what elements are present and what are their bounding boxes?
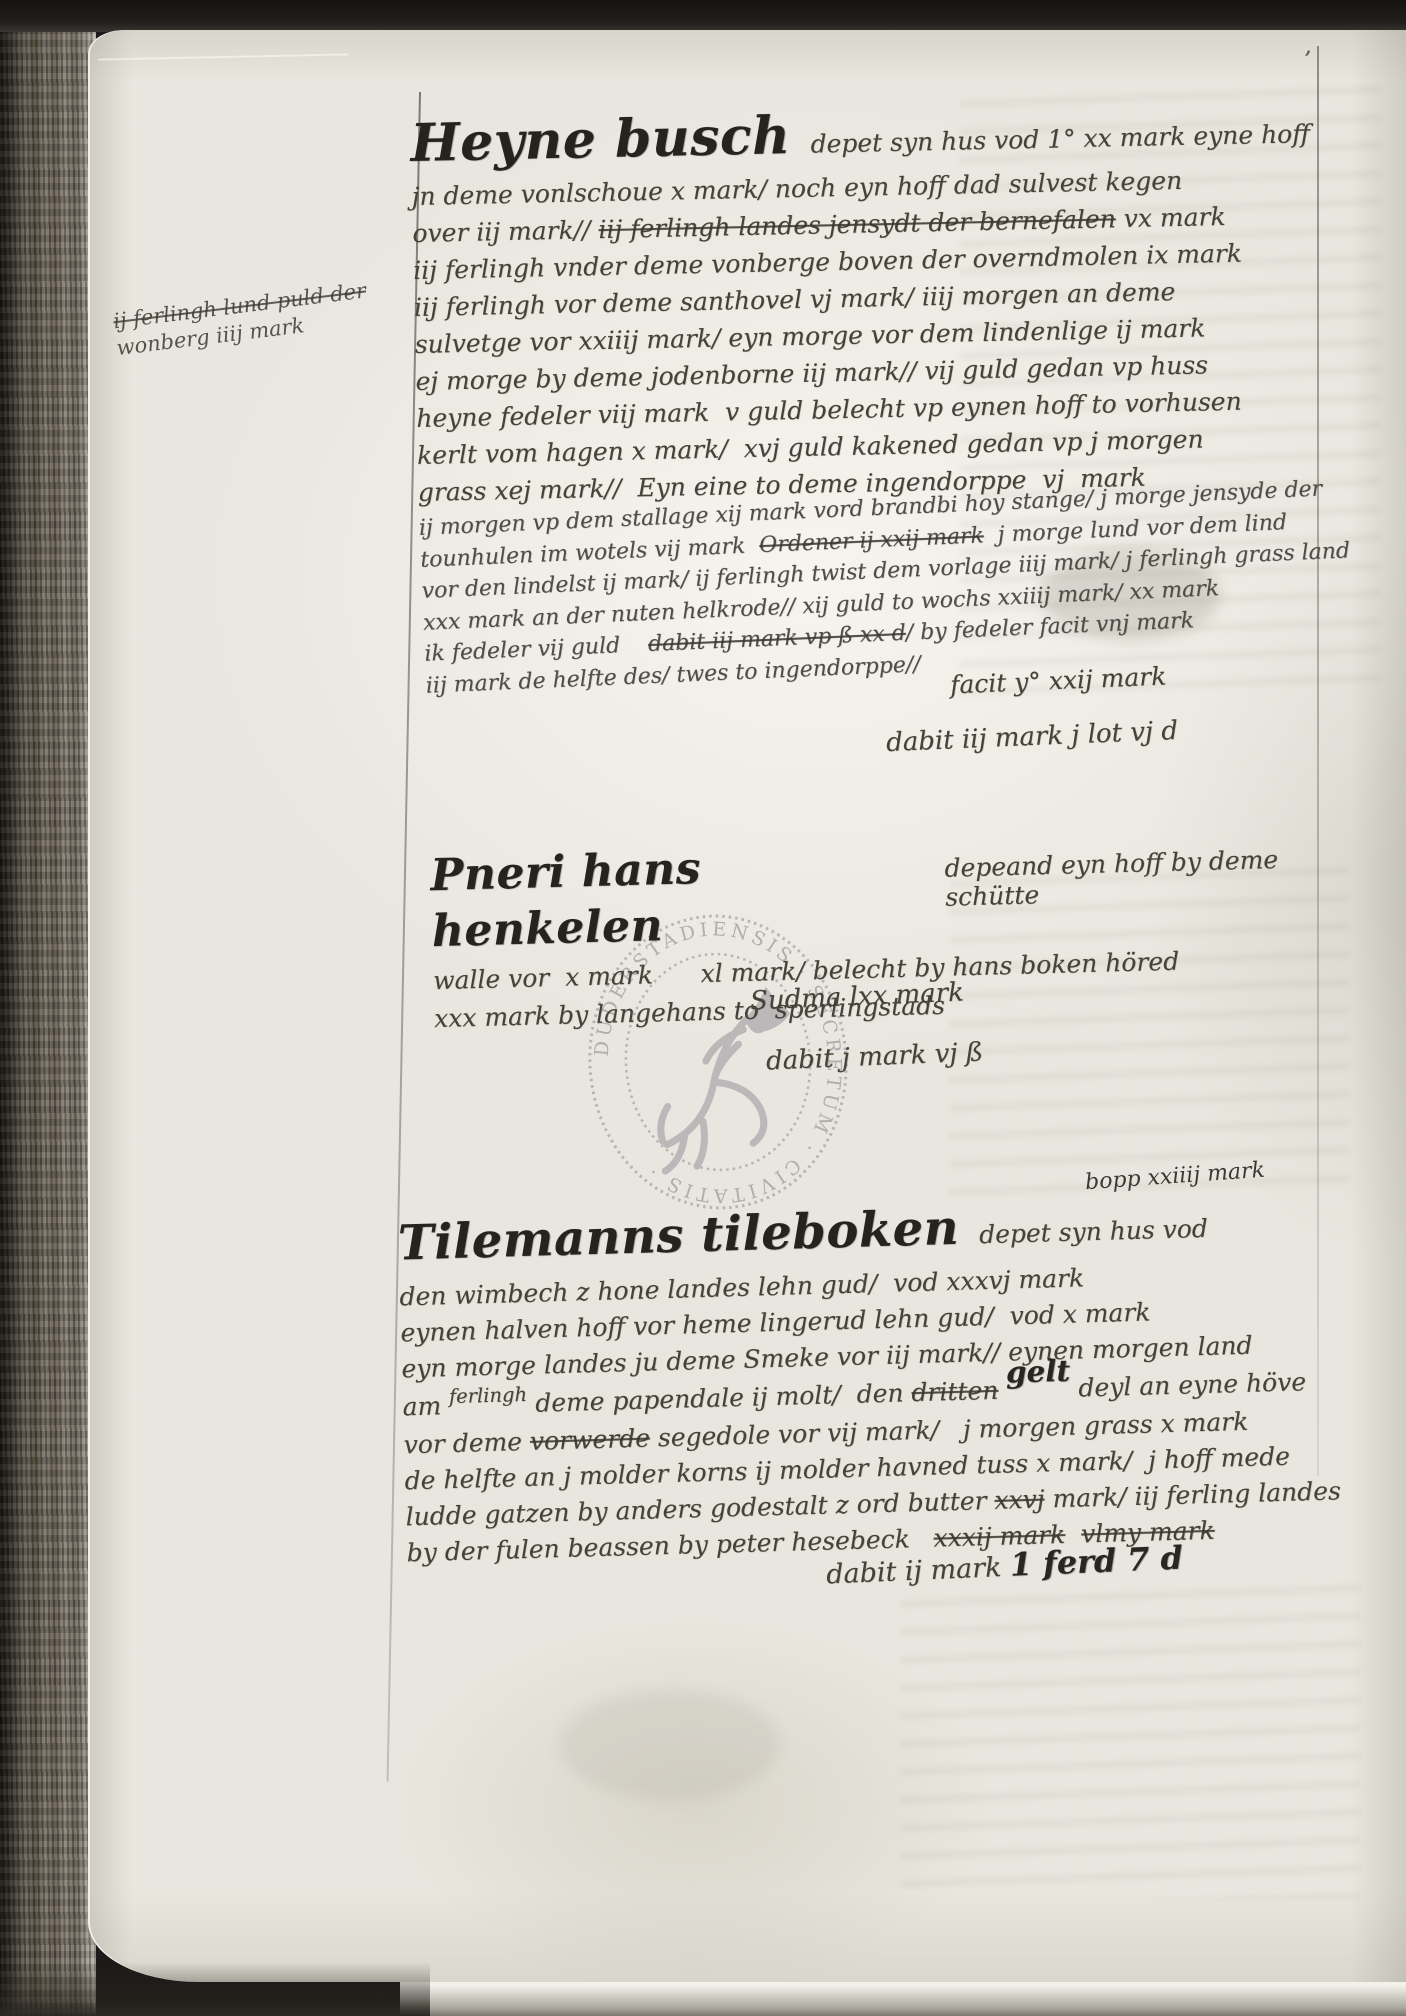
text-segment: mark/ iij ferling landes <box>1044 1476 1341 1513</box>
entry-heading-continuation: depet syn hus vod 1° xx mark eyne hoff <box>810 119 1310 158</box>
scan-bed-top <box>0 0 1406 32</box>
dabit-amount-bold: 1 ferd 7 d <box>1009 1539 1183 1584</box>
text-segment: over iij mark// <box>412 215 599 248</box>
text-segment: xxvj <box>994 1485 1045 1515</box>
entry-heading: Heyne busch <box>410 106 791 174</box>
text-segment: am <box>402 1391 449 1421</box>
entry-heading-continuation: depeand eyn hoff by deme schütte <box>944 843 1361 912</box>
text-segment: vorwerde <box>530 1424 651 1456</box>
manuscript-scan: DUDERSTADIENSIS · SECRETUM · CIVITATIS ·… <box>0 0 1406 2016</box>
text-segment: vor deme <box>403 1427 530 1460</box>
entry-tilemann-tileboken: Tilemanns tileboken depet syn hus vod de… <box>397 1187 1367 1572</box>
text-segment: deyl an eyne höve <box>1070 1367 1306 1403</box>
entry-heading-continuation: depet syn hus vod <box>979 1214 1208 1249</box>
corner-tick-mark: ’ <box>1304 48 1311 73</box>
book-binding-page-edges <box>0 0 96 2016</box>
entry-body-small-script: ij morgen vp dem stallage xij mark vord … <box>418 471 1377 701</box>
binding-bottom-shadow <box>0 1962 430 2016</box>
text-segment: vx mark <box>1115 202 1225 233</box>
entry-heading: Pneri hans henkelen <box>430 835 927 960</box>
text-segment: dritten <box>911 1376 999 1407</box>
bottom-page-stack-edge <box>400 1982 1406 2016</box>
text-segment: deme papendale ij molt/ den <box>527 1378 912 1418</box>
ink-bleed-through <box>900 1580 1360 1900</box>
entry-body: den wimbech z hone landes lehn gud/ vod … <box>399 1253 1367 1572</box>
entry-heyne-busch: Heyne busch depet syn hus vod 1° xx mark… <box>410 94 1374 702</box>
text-segment: gelt <box>1005 1353 1070 1390</box>
ink-smudge <box>560 1690 780 1800</box>
entry-body: jn deme vonlschoue x mark/ noch eyn hoff… <box>411 158 1370 511</box>
dabit-amount: dabit ij mark <box>826 1552 1011 1591</box>
text-segment: ferlingh <box>449 1383 528 1408</box>
